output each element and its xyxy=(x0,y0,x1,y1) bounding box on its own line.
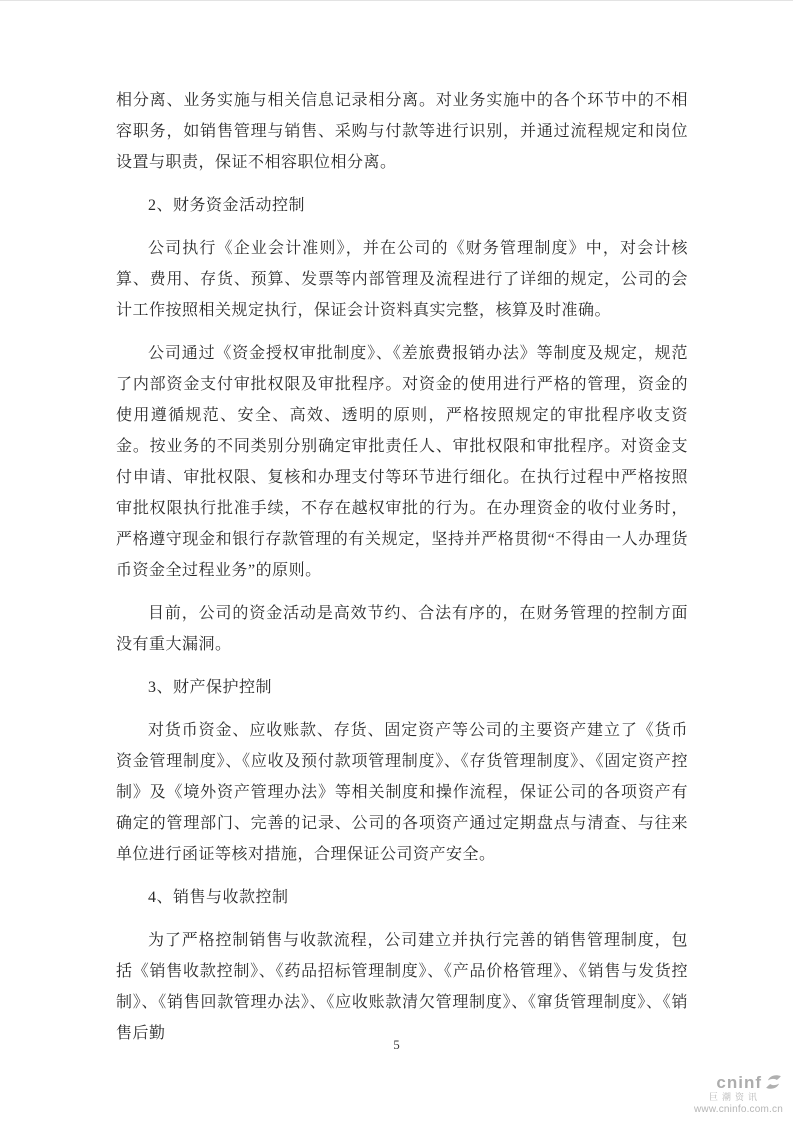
section-heading: 2、财务资金活动控制 xyxy=(116,190,688,221)
section-heading: 4、销售与收款控制 xyxy=(116,882,688,913)
logo-website-url: www.cninfo.com.cn xyxy=(673,1105,783,1115)
paragraph: 为了严格控制销售与收款流程，公司建立并执行完善的销售管理制度，包括《销售收款控制… xyxy=(116,925,688,1049)
logo-chinese-name: 巨潮资讯 xyxy=(673,1093,761,1102)
cninfo-logo: cninf 巨潮资讯 www.cninfo.com.cn xyxy=(673,1073,783,1115)
document-body: 相分离、业务实施与相关信息记录相分离。对业务实施中的各个环节中的不相容职务，如销… xyxy=(116,85,688,1061)
section-heading: 3、财产保护控制 xyxy=(116,672,688,703)
paragraph: 相分离、业务实施与相关信息记录相分离。对业务实施中的各个环节中的不相容职务，如销… xyxy=(116,85,688,178)
paragraph: 目前，公司的资金活动是高效节约、合法有序的，在财务管理的控制方面没有重大漏洞。 xyxy=(116,598,688,660)
paragraph: 对货币资金、应收账款、存货、固定资产等公司的主要资产建立了《货币资金管理制度》、… xyxy=(116,715,688,870)
document-page: 相分离、业务实施与相关信息记录相分离。对业务实施中的各个环节中的不相容职务，如销… xyxy=(0,0,793,1123)
page-number: 5 xyxy=(0,1037,793,1053)
paragraph: 公司执行《企业会计准则》，并在公司的《财务管理制度》中，对会计核算、费用、存货、… xyxy=(116,233,688,326)
paragraph: 公司通过《资金授权审批制度》、《差旅费报销办法》等制度及规定，规范了内部资金支付… xyxy=(116,338,688,586)
cninfo-swirl-icon xyxy=(764,1073,783,1091)
logo-row: cninf xyxy=(673,1073,783,1091)
logo-brand-text: cninf xyxy=(716,1074,762,1091)
